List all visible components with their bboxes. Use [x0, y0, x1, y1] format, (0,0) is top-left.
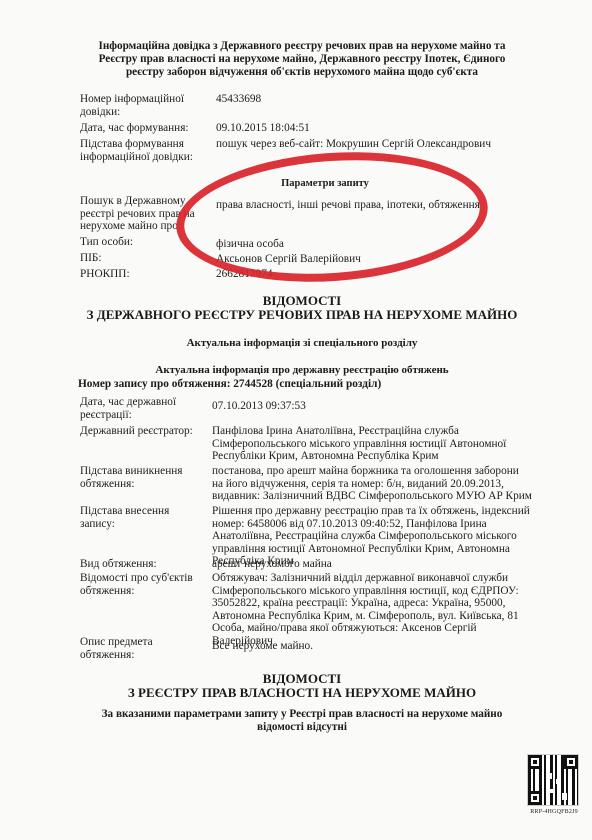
- record-value-basis: постанова, про арешт майна боржника та о…: [212, 465, 532, 503]
- section2-note: За вказаними параметрами запиту у Реєстр…: [92, 708, 512, 734]
- record-label-subjects: Відомості про суб'єктів обтяження:: [80, 572, 210, 597]
- record-label-encumbrance-type: Вид обтяження:: [80, 558, 157, 571]
- record-value-subjects: Обтяжувач: Залізничний відділ державної …: [212, 572, 537, 647]
- query-label-person-type: Тип особи:: [80, 236, 133, 249]
- record-value-reg-date: 07.10.2013 09:37:53: [212, 400, 306, 413]
- document-title: Інформаційна довідка з Державного реєстр…: [82, 40, 522, 79]
- section1-heading-line1: ВІДОМОСТІ: [82, 294, 522, 308]
- info-value-datetime: 09.10.2015 18:04:51: [216, 122, 310, 135]
- record-label-basis: Підстава виникнення обтяження:: [80, 465, 190, 490]
- info-label-datetime: Дата, час формування:: [80, 122, 205, 135]
- record-value-registrar: Панфілова Ірина Анатоліївна, Реєстраційн…: [212, 425, 527, 463]
- record-title: Номер запису про обтяження: 2744528 (спе…: [78, 378, 381, 391]
- record-label-registrar: Державний реєстратор:: [80, 425, 193, 438]
- document-page: Інформаційна довідка з Державного реєстр…: [0, 0, 592, 840]
- info-value-number: 45433698: [216, 93, 261, 106]
- section1-subheading2: Актуальна інформація про державну реєстр…: [82, 364, 522, 377]
- record-value-encumbrance-type: арешт нерухомого майна: [212, 558, 332, 571]
- qr-code: [527, 754, 579, 806]
- record-label-entry-basis: Підстава внесення запису:: [80, 505, 180, 530]
- record-label-reg-date: Дата, час державної реєстрації:: [80, 396, 200, 421]
- section1-subheading: Актуальна інформація зі спеціального роз…: [82, 337, 522, 350]
- query-label-tax-id: РНОКПП:: [80, 268, 130, 281]
- record-label-description: Опис предмета обтяження:: [80, 636, 190, 661]
- qr-code-label: RRP-4HGQFB2J9: [522, 809, 586, 815]
- query-label-name: ПІБ:: [80, 252, 102, 265]
- section2-heading-line1: ВІДОМОСТІ: [82, 672, 522, 686]
- info-value-basis: пошук через веб-сайт: Мокрушин Сергій Ол…: [216, 138, 516, 151]
- section2-heading-line2: З РЕЄСТРУ ПРАВ ВЛАСНОСТІ НА НЕРУХОМЕ МАЙ…: [82, 686, 522, 700]
- info-label-basis: Підстава формування інформаційної довідк…: [80, 138, 210, 163]
- section1-heading-line2: З ДЕРЖАВНОГО РЕЄСТРУ РЕЧОВИХ ПРАВ НА НЕР…: [82, 308, 522, 322]
- info-label-number: Номер інформаційної довідки:: [80, 93, 195, 118]
- record-value-description: Все нерухоме майно.: [212, 640, 313, 653]
